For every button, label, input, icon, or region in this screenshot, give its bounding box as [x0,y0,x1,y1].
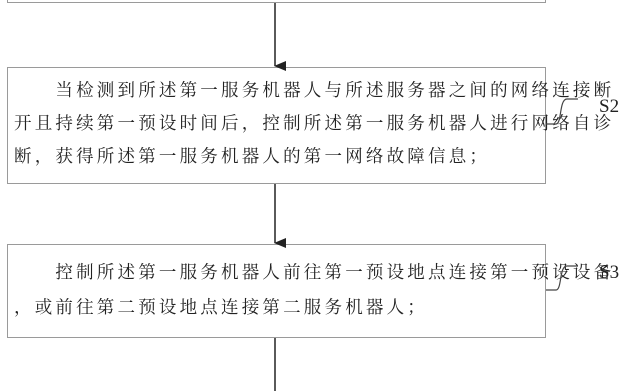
connectors [0,0,626,391]
leader-s2 [546,99,578,124]
leader-s3 [546,266,578,290]
step-label-s2: S2 [599,96,619,118]
step-label-s3: S3 [599,262,619,284]
